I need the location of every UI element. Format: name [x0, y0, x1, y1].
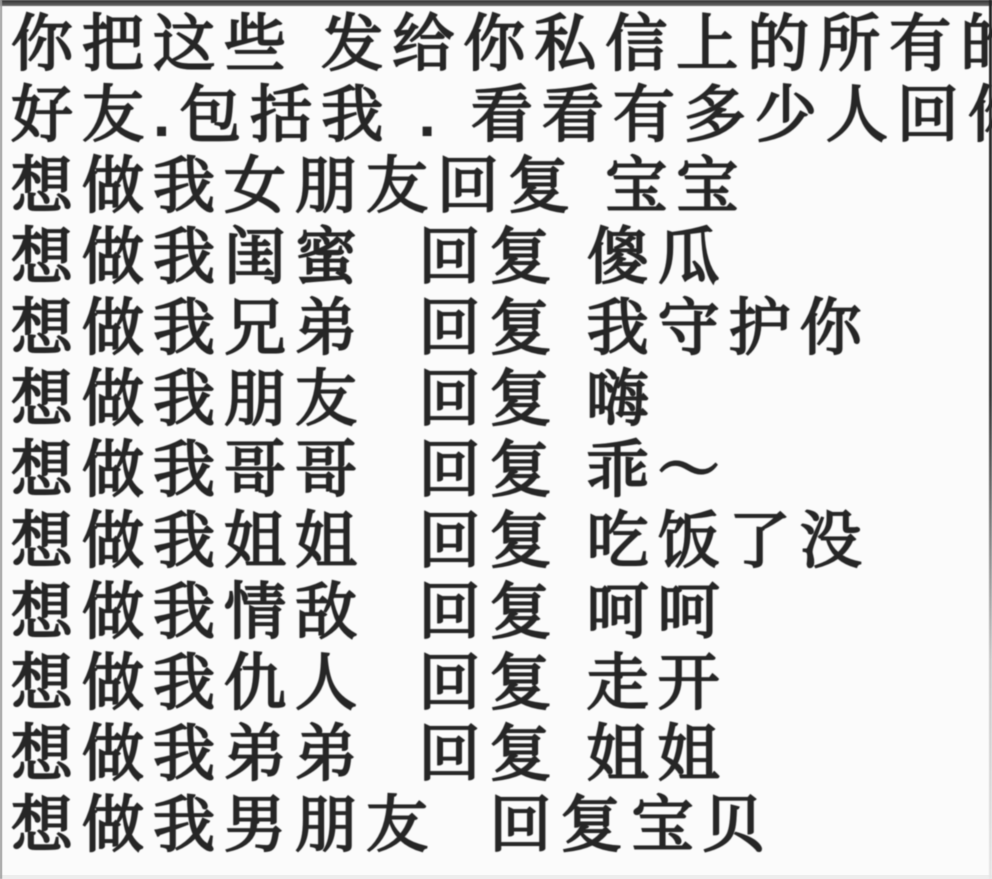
- text-line-brother: 想做我兄弟 回复 我守护你: [11, 293, 992, 364]
- text-line-boyfriend: 想做我男朋友 回复宝贝: [11, 790, 992, 861]
- text-line-friend: 想做我朋友 回复 嗨: [11, 364, 992, 435]
- text-line-love-rival: 想做我情敌 回复 呵呵: [11, 577, 992, 648]
- text-line-bestie: 想做我闺蜜 回复 傻瓜: [11, 222, 992, 293]
- text-line-older-brother: 想做我哥哥 回复 乖～: [11, 435, 992, 506]
- left-border: [0, 0, 2, 879]
- bottom-border: [0, 875, 992, 879]
- text-line-younger-brother: 想做我弟弟 回复 姐姐: [11, 719, 992, 790]
- text-line-intro-1: 你把这些 发给你私信上的所有的: [11, 9, 992, 80]
- text-line-intro-2: 好友.包括我 . 看看有多少人回你: [11, 80, 992, 151]
- text-line-enemy: 想做我仇人 回复 走开: [11, 648, 992, 719]
- text-line-older-sister: 想做我姐姐 回复 吃饭了没: [11, 506, 992, 577]
- top-border: [0, 0, 992, 6]
- text-block: 你把这些 发给你私信上的所有的 好友.包括我 . 看看有多少人回你 想做我女朋友…: [11, 9, 992, 861]
- meme-image: 你把这些 发给你私信上的所有的 好友.包括我 . 看看有多少人回你 想做我女朋友…: [0, 0, 992, 879]
- text-line-girlfriend: 想做我女朋友回复 宝宝: [11, 151, 992, 222]
